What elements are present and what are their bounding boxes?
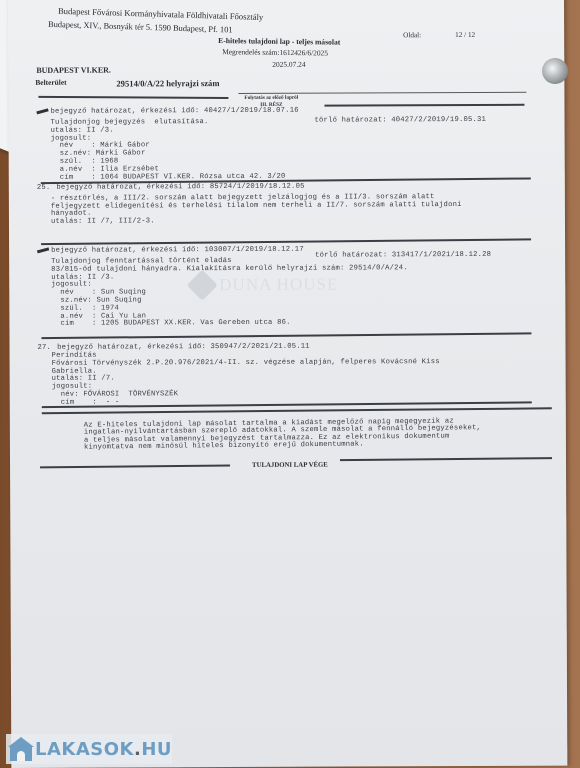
- thumbtack-icon: [542, 58, 568, 84]
- struck-number-mark: [36, 108, 48, 114]
- page-number: 12 / 12: [455, 31, 475, 39]
- entry-decision: bejegyző határozat, érkezési idő: 85724/…: [56, 183, 304, 192]
- duna-house-logo-icon: [187, 270, 218, 301]
- office-address: Budapest, XIV., Bosnyák tér 5. 1590 Buda…: [48, 20, 233, 35]
- entry-line: cím : 1205 BUDAPEST XX.KER. Vas Gereben …: [51, 320, 408, 329]
- brand-name: LAKASOK.HU: [35, 739, 172, 760]
- entry-body: - résztörlés, a III/2. sorszám alatt bej…: [51, 194, 462, 226]
- divider: [41, 238, 531, 245]
- entry-number: 25.: [37, 184, 51, 192]
- district: BUDAPEST VI.KER.: [36, 66, 111, 75]
- divider: [340, 457, 552, 461]
- entry-number: 27.: [38, 344, 52, 352]
- entry-header: bejegyző határozat, érkezési idő: 103007…: [37, 246, 304, 255]
- delete-decision: törlő határozat: 40427/2/2019/19.05.31: [315, 116, 487, 125]
- divider: [41, 332, 531, 339]
- entry-header: 25.bejegyző határozat, érkezési idő: 857…: [37, 183, 305, 192]
- divider: [324, 104, 524, 107]
- document-date: 2025.07.24: [272, 60, 305, 69]
- land-registry-document: Budapest Fővárosi Kormányhivatala Földhi…: [8, 0, 567, 768]
- document-title: E-hiteles tulajdoni lap - teljes másolat: [218, 36, 340, 47]
- entry-decision: bejegyző határozat, érkezési idő: 40427/…: [50, 107, 298, 116]
- divider: [238, 92, 526, 94]
- entry-line: utalás: II /7, III/2-3.: [51, 217, 462, 226]
- page-label: Oldal:: [403, 31, 421, 39]
- end-of-document-label: TULAJDONI LAP VÉGE: [252, 462, 328, 469]
- lot-number: 29514/0/A/22 helyrajzi szám: [116, 78, 219, 88]
- divider: [42, 407, 552, 414]
- area-type: Belterület: [35, 78, 66, 87]
- struck-number-mark: [37, 247, 49, 253]
- order-number: Megrendelés szám:1612426/6/2025: [222, 47, 328, 57]
- duna-house-watermark: DUNA HOUSE: [191, 274, 338, 297]
- house-logo-icon: [8, 737, 31, 761]
- lakasok-watermark: LAKASOK.HU: [6, 734, 172, 764]
- divider: [38, 96, 228, 99]
- entry-header: bejegyző határozat, érkezési idő: 40427/…: [36, 107, 298, 116]
- divider: [40, 465, 230, 469]
- footer-notice: Az E-hiteles tulajdoni lap másolat tarta…: [84, 418, 481, 452]
- issuing-office: Budapest Fővárosi Kormányhivatala Földhi…: [58, 6, 263, 22]
- entry-body: Tulajdonjog bejegyzés elutasítása.utalás…: [51, 119, 286, 182]
- entry-decision: bejegyző határozat, érkezési idő: 350947…: [57, 343, 310, 352]
- entry-decision: bejegyző határozat, érkezési idő: 103007…: [51, 246, 304, 255]
- entry-body: PerindításFővárosi Törvényszék 2.P.20.97…: [52, 351, 440, 407]
- entry-header: 27.bejegyző határozat, érkezési idő: 350…: [38, 343, 310, 352]
